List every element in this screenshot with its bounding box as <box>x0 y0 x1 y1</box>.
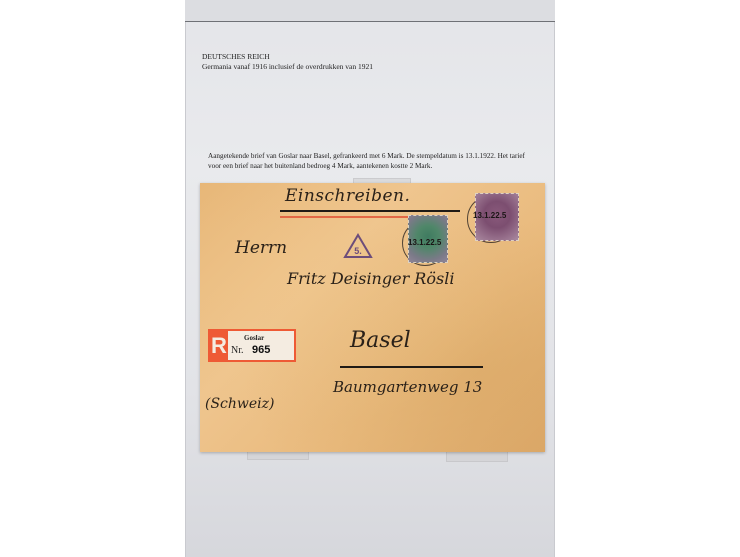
caption-line-1: Aangetekende brief van Goslar naar Basel… <box>208 152 548 162</box>
registration-nr-label: Nr. <box>231 345 244 356</box>
postmark-right-date: 13.1.22.5 <box>473 211 506 220</box>
caption-line-2: voor een brief naar het buitenland bedro… <box>208 162 548 172</box>
svg-text:5.: 5. <box>354 246 362 256</box>
registration-office: Goslar <box>244 334 264 342</box>
envelope: Einschreiben. 13.1.22.5 13.1.22.5 5. Her… <box>200 183 545 452</box>
addressee-name: Fritz Deisinger Rösli <box>287 269 454 288</box>
address-country: (Schweiz) <box>205 396 275 412</box>
registration-label: R Goslar Nr. 965 <box>208 329 296 362</box>
censor-triangle-icon: 5. <box>343 233 373 259</box>
registration-number: 965 <box>252 344 270 356</box>
heading-title: DEUTSCHES REICH <box>202 52 373 62</box>
address-street: Baumgartenweg 13 <box>333 378 482 396</box>
service-marking: Einschreiben. <box>285 186 410 206</box>
postmark-left-date: 13.1.22.5 <box>408 238 441 247</box>
address-city: Basel <box>350 328 411 353</box>
city-underline <box>340 366 483 368</box>
underline-red <box>280 216 420 218</box>
heading-subtitle: Germania vanaf 1916 inclusief de overdru… <box>202 62 373 72</box>
addressee-salutation: Herrn <box>235 238 287 258</box>
underline-black <box>280 210 460 212</box>
page-top-strip <box>185 0 555 22</box>
page-heading: DEUTSCHES REICH Germania vanaf 1916 incl… <box>202 52 373 71</box>
registration-r: R <box>210 331 228 360</box>
cover-caption: Aangetekende brief van Goslar naar Basel… <box>208 152 548 171</box>
